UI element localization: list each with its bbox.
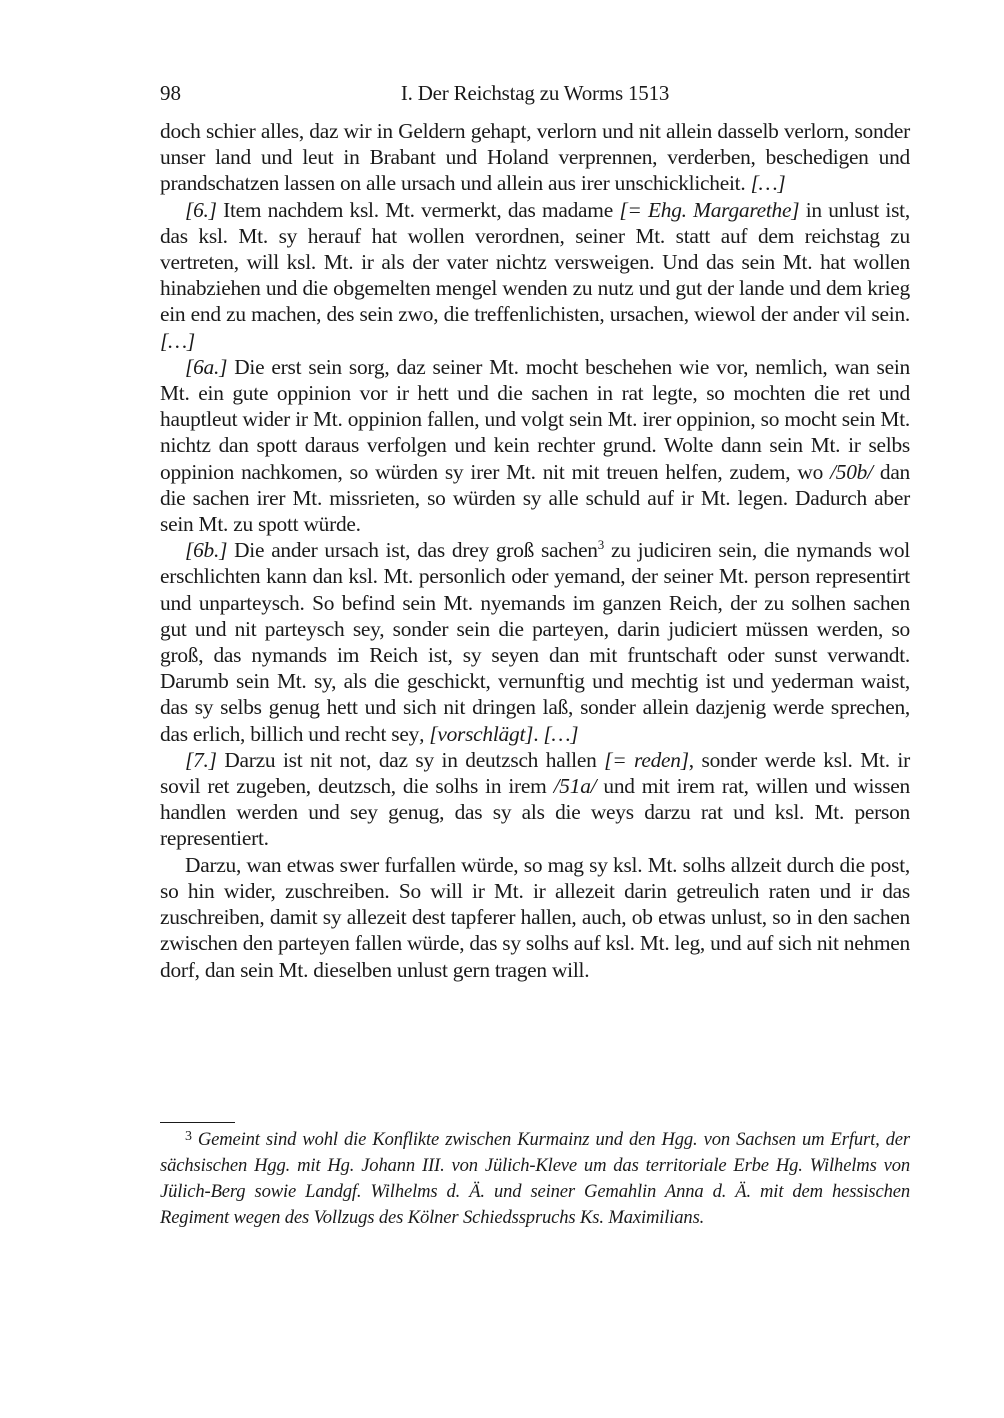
paragraph-6b: [6b.] Die ander ursach ist, das drey gro… — [160, 537, 910, 747]
footnote-3: 3Gemeint sind wohl die Konflikte zwische… — [160, 1127, 910, 1231]
section-label: [6b.] — [185, 538, 227, 562]
omission-mark: […] — [751, 171, 786, 195]
paragraph-6a: [6a.] Die erst sein sorg, daz seiner Mt.… — [160, 354, 910, 537]
folio-mark: /51a/ — [554, 774, 597, 798]
paragraph-darzu: Darzu, wan etwas swer furfallen würde, s… — [160, 852, 910, 983]
section-label: [7.] — [185, 748, 217, 772]
editorial-note: [= reden] — [604, 748, 689, 772]
paragraph-text: zu judiciren sein, die nymands wol ersch… — [160, 538, 910, 745]
paragraph-text: doch schier alles, daz wir in Geldern ge… — [160, 119, 910, 195]
paragraph-6: [6.] Item nachdem ksl. Mt. vermerkt, das… — [160, 197, 910, 354]
body-text: doch schier alles, daz wir in Geldern ge… — [160, 118, 910, 983]
paragraph-text: Item nachdem ksl. Mt. vermerkt, das mada… — [217, 198, 620, 222]
omission-mark: […] — [543, 722, 578, 746]
footnote-separator — [160, 1122, 235, 1123]
paragraph-text: . — [533, 722, 543, 746]
paragraph-text: Darzu ist nit not, daz sy in deutzsch ha… — [217, 748, 604, 772]
editorial-note: , [vorschlägt] — [419, 722, 533, 746]
editorial-note: [= Ehg. Margarethe] — [619, 198, 799, 222]
omission-mark: […] — [160, 329, 195, 353]
section-label: [6a.] — [185, 355, 227, 379]
section-label: [6.] — [185, 198, 217, 222]
paragraph-text: Darzu, wan etwas swer furfallen würde, s… — [160, 853, 910, 982]
page-header: 98 I. Der Reichstag zu Worms 1513 — [160, 78, 910, 112]
footnotes: 3Gemeint sind wohl die Konflikte zwische… — [160, 1127, 910, 1231]
paragraph-7: [7.] Darzu ist nit not, daz sy in deutzs… — [160, 747, 910, 852]
paragraph-text: Die ander ursach ist, das drey groß sach… — [227, 538, 598, 562]
footnote-number: 3 — [185, 1129, 192, 1144]
paragraph-text: Die erst sein sorg, daz seiner Mt. mocht… — [160, 355, 910, 484]
footnote-text: Gemeint sind wohl die Konflikte zwischen… — [160, 1129, 910, 1228]
paragraph-continuation: doch schier alles, daz wir in Geldern ge… — [160, 118, 910, 197]
folio-mark: /50b/ — [830, 460, 873, 484]
running-title: I. Der Reichstag zu Worms 1513 — [160, 78, 910, 108]
page: 98 I. Der Reichstag zu Worms 1513 doch s… — [160, 78, 910, 983]
